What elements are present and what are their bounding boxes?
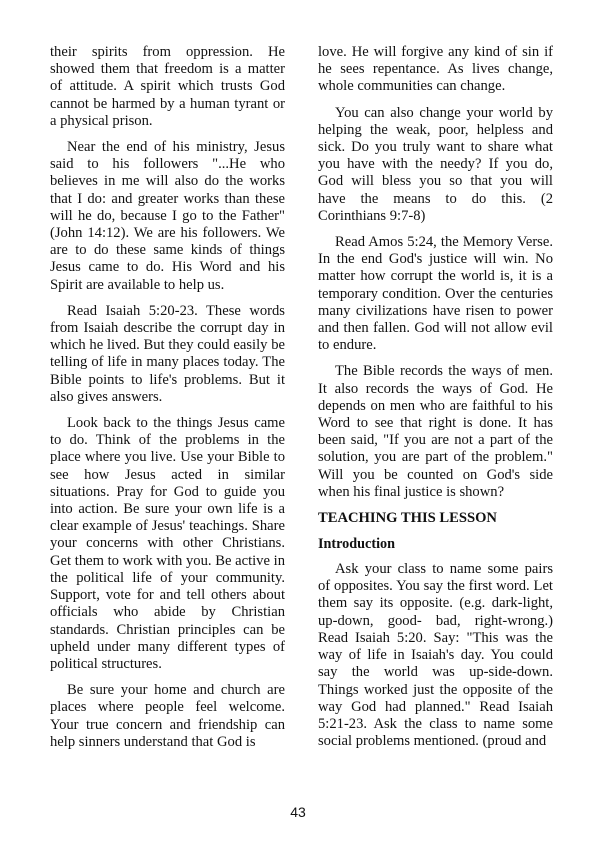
paragraph: their spirits from oppression. He showed… <box>50 44 285 130</box>
right-column: love. He will forgive any kind of sin if… <box>318 44 553 759</box>
subheading: Introduction <box>318 536 553 553</box>
paragraph: Ask your class to name some pairs of opp… <box>318 561 553 750</box>
paragraph: Read Amos 5:24, the Memory Verse. In the… <box>318 234 553 354</box>
left-column: their spirits from oppression. He showed… <box>50 44 285 760</box>
paragraph: The Bible records the ways of men. It al… <box>318 363 553 501</box>
paragraph: Near the end of his ministry, Jesus said… <box>50 139 285 294</box>
paragraph: love. He will forgive any kind of sin if… <box>318 44 553 96</box>
paragraph: Read Isaiah 5:20-23. These words from Is… <box>50 303 285 406</box>
section-heading: TEACHING THIS LESSON <box>318 510 553 527</box>
paragraph: You can also change your world by helpin… <box>318 105 553 225</box>
page-number: 43 <box>0 804 596 820</box>
paragraph: Look back to the things Jesus came to do… <box>50 415 285 673</box>
paragraph: Be sure your home and church are places … <box>50 682 285 751</box>
